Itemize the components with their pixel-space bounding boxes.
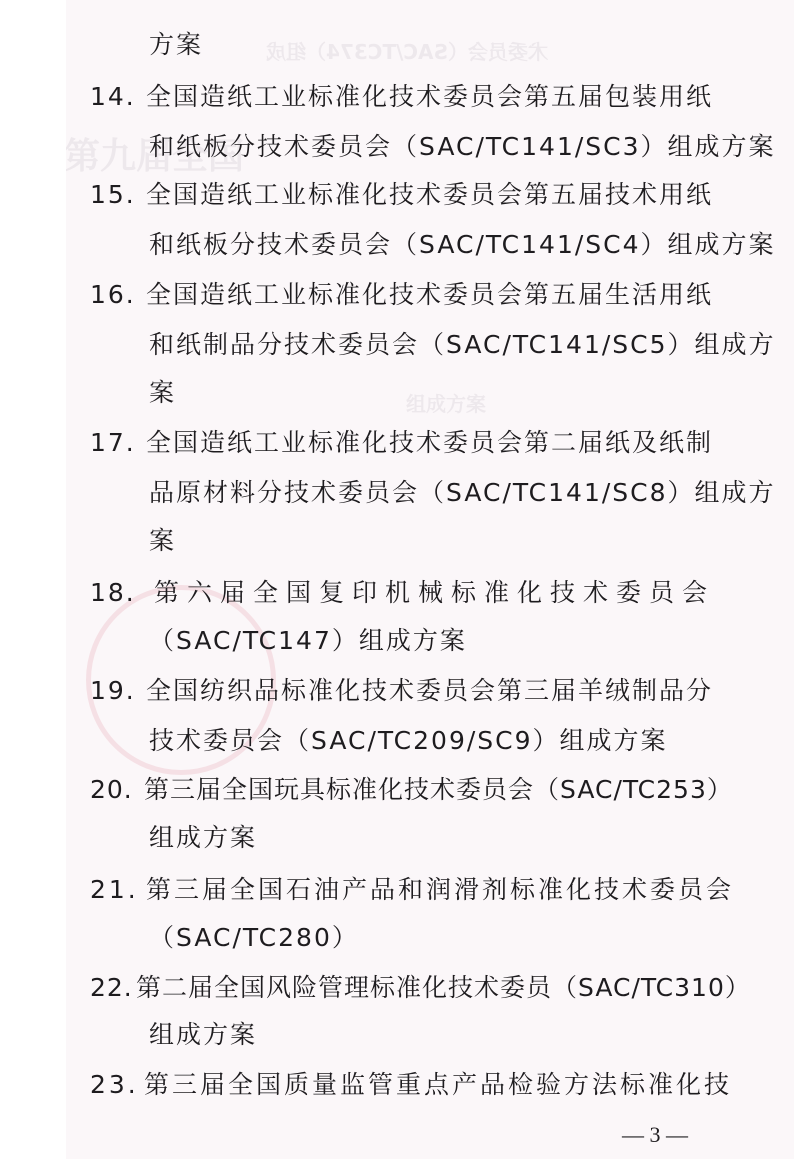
list-item-17: 17.全国造纸工业标准化技术委员会第二届纸及纸制 (90, 428, 713, 458)
text-line: （SAC/TC280） (149, 923, 359, 953)
item-number: 22. (90, 973, 136, 1003)
item-text: 第六届全国复印机械标准化技术委员会 (154, 578, 715, 607)
text-line: 方案 (149, 30, 203, 60)
list-item-20: 20.第三届全国玩具标准化技术委员会（SAC/TC253） (90, 775, 733, 805)
list-item-19: 19.全国纺织品标准化技术委员会第三届羊绒制品分 (90, 676, 713, 706)
item-number: 23. (90, 1070, 144, 1100)
item-number: 16. (90, 280, 146, 310)
text-line: 案 (149, 378, 176, 408)
item-number: 19. (90, 676, 146, 706)
item-number: 18. (90, 578, 154, 608)
page-number: — 3 — (622, 1122, 688, 1148)
item-text: 第三届全国玩具标准化技术委员会（SAC/TC253） (144, 775, 733, 804)
text-line: 和纸制品分技术委员会（SAC/TC141/SC5）组成方 (149, 330, 776, 360)
list-item-15: 15.全国造纸工业标准化技术委员会第五届技术用纸 (90, 180, 713, 210)
bleed-through-text: 术委员会（SAC/TC374）组成 (266, 36, 548, 65)
text-line: 组成方案 (149, 823, 257, 853)
item-text: 全国造纸工业标准化技术委员会第五届技术用纸 (146, 180, 713, 209)
list-item-16: 16.全国造纸工业标准化技术委员会第五届生活用纸 (90, 280, 713, 310)
text-line: 组成方案 (149, 1020, 257, 1050)
item-text: 全国造纸工业标准化技术委员会第二届纸及纸制 (146, 428, 713, 457)
item-text: 全国造纸工业标准化技术委员会第五届生活用纸 (146, 280, 713, 309)
text-line: 技术委员会（SAC/TC209/SC9）组成方案 (149, 726, 668, 756)
item-text: 第三届全国质量监管重点产品检验方法标准化技 (144, 1070, 732, 1099)
item-text: 全国造纸工业标准化技术委员会第五届包装用纸 (146, 82, 713, 111)
item-number: 14. (90, 82, 146, 112)
item-text: 第三届全国石油产品和润滑剂标准化技术委员会 (146, 875, 734, 904)
text-line: 和纸板分技术委员会（SAC/TC141/SC4）组成方案 (149, 230, 776, 260)
list-item-21: 21.第三届全国石油产品和润滑剂标准化技术委员会 (90, 875, 734, 905)
list-item-22: 22.第二届全国风险管理标准化技术委员（SAC/TC310） (90, 973, 751, 1003)
bleed-through-subheading: 组成方案 (406, 388, 486, 417)
list-item-14: 14.全国造纸工业标准化技术委员会第五届包装用纸 (90, 82, 713, 112)
item-number: 15. (90, 180, 146, 210)
list-item-23: 23.第三届全国质量监管重点产品检验方法标准化技 (90, 1070, 732, 1100)
document-page: 术委员会（SAC/TC374）组成 第九届全国 组成方案 方案 14.全国造纸工… (66, 0, 794, 1159)
text-line: 品原材料分技术委员会（SAC/TC141/SC8）组成方 (149, 478, 776, 508)
text-line: 案 (149, 526, 176, 556)
text-line: （SAC/TC147）组成方案 (149, 626, 467, 656)
item-number: 21. (90, 875, 146, 905)
item-number: 20. (90, 775, 144, 805)
item-text: 第二届全国风险管理标准化技术委员（SAC/TC310） (136, 973, 751, 1002)
item-text: 全国纺织品标准化技术委员会第三届羊绒制品分 (146, 676, 713, 705)
list-item-18: 18.第六届全国复印机械标准化技术委员会 (90, 578, 715, 608)
item-number: 17. (90, 428, 146, 458)
text-line: 和纸板分技术委员会（SAC/TC141/SC3）组成方案 (149, 132, 776, 162)
